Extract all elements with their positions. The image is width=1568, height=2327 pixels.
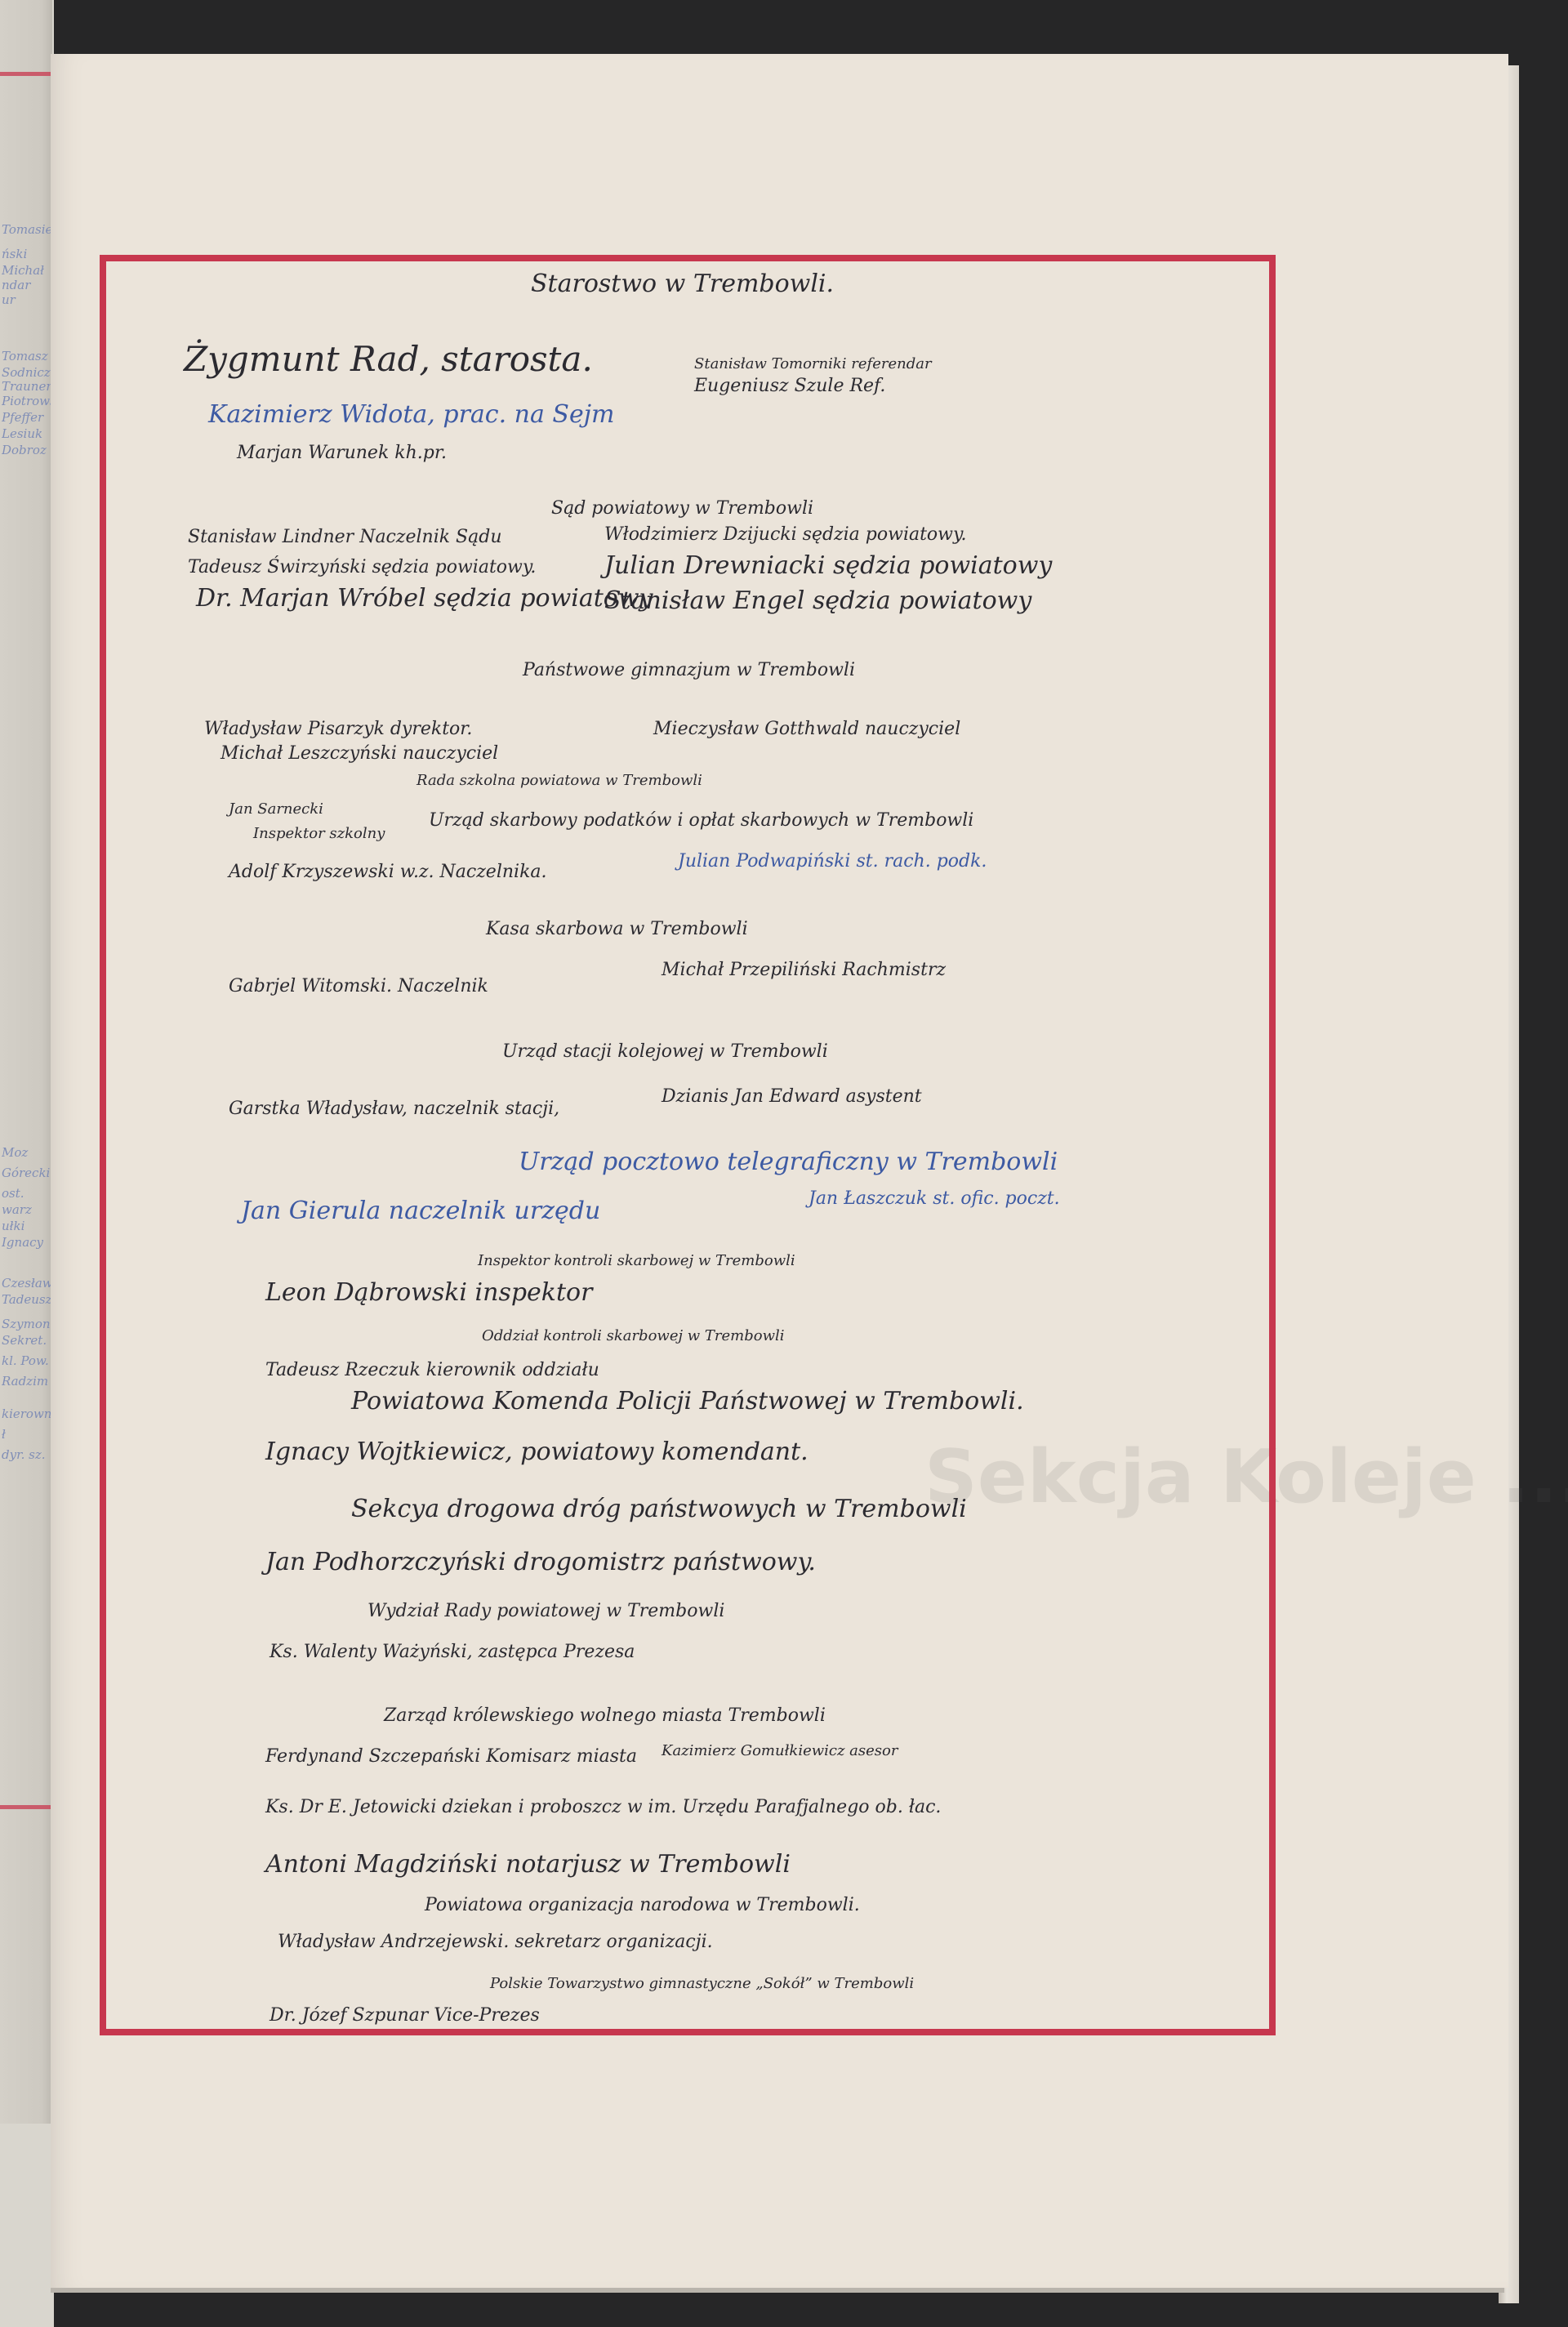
signature-entry: Leon Dąbrowski inspektor xyxy=(265,1278,592,1307)
ghost-text: ł xyxy=(2,1425,51,1443)
ghost-text: kierownik xyxy=(2,1405,51,1423)
ghost-text: dyr. sz. xyxy=(2,1446,51,1464)
signature-entry: Kazimierz Widota, prac. na Sejm xyxy=(208,400,614,429)
section-heading-wydzial: Wydział Rady powiatowej w Trembowli xyxy=(367,1601,724,1621)
section-heading-starostwo: Starostwo w Trembowli. xyxy=(531,270,834,298)
left-page-red-rule-bottom xyxy=(0,1805,52,1809)
ghost-text: Tomasz xyxy=(2,347,51,365)
ghost-text: kl. Pow. xyxy=(2,1352,51,1370)
ghost-text: ński xyxy=(2,245,51,263)
section-heading-stacja: Urząd stacji kolejowej w Trembowli xyxy=(502,1041,828,1062)
signature-entry: Marjan Warunek kh.pr. xyxy=(237,443,447,463)
signature-entry: Julian Drewniacki sędzia powiatowy xyxy=(604,551,1052,580)
ghost-text: Czesław xyxy=(2,1274,51,1292)
signature-entry: Antoni Magdziński notarjusz w Trembowli xyxy=(265,1850,791,1879)
ghost-text: Moz xyxy=(2,1143,51,1161)
section-heading-drogi: Sekcya drogowa dróg państwowych w Trembo… xyxy=(351,1495,967,1523)
signature-entry: Stanisław Engel sędzia powiatowy xyxy=(604,586,1031,615)
signature-entry: Włodzimierz Dzijucki sędzia powiatowy. xyxy=(604,524,967,545)
ghost-text: ur xyxy=(2,291,51,309)
section-heading-oddzial-kontroli: Oddział kontroli skarbowej w Trembowli xyxy=(482,1327,785,1344)
section-heading-poczta: Urząd pocztowo telegraficzny w Trembowli xyxy=(519,1148,1058,1176)
signature-entry: Ferdynand Szczepański Komisarz miasta xyxy=(265,1746,637,1767)
signature-entry: Stanisław Lindner Naczelnik Sądu xyxy=(188,527,502,547)
signature-entry: Inspektor szkolny xyxy=(253,825,385,842)
signature-entry: Ks. Dr E. Jetowicki dziekan i proboszcz … xyxy=(265,1797,941,1817)
signature-entry: Tadeusz Rzeczuk kierownik oddziału xyxy=(265,1360,599,1380)
ghost-text: Tadeusz xyxy=(2,1291,51,1308)
left-facing-page: Tomasiewicz ński Michał ndar ur Tomasz S… xyxy=(0,0,54,2327)
signature-entry: Władysław Pisarzyk dyrektor. xyxy=(204,719,472,739)
signature-entry: Jan Łaszczuk st. ofic. poczt. xyxy=(808,1188,1060,1209)
signature-entry: Tadeusz Świrzyński sędzia powiatowy. xyxy=(188,557,536,577)
ghost-text: Tomasiewicz xyxy=(2,221,51,238)
section-heading-gimnazjum: Państwowe gimnazjum w Trembowli xyxy=(523,660,855,680)
ghost-text: Sekret. xyxy=(2,1331,51,1349)
document-body: Starostwo w Trembowli. Żygmunt Rad, star… xyxy=(106,261,1269,2029)
left-page-red-rule-top xyxy=(0,72,52,76)
signature-entry: Jan Podhorzczyński drogomistrz państwowy… xyxy=(265,1548,816,1576)
signature-entry: Ignacy Wojtkiewicz, powiatowy komendant. xyxy=(265,1438,808,1466)
signature-entry: Jan Sarnecki xyxy=(229,800,323,818)
ghost-text: Radzim xyxy=(2,1372,51,1390)
ghost-text: Piotrows xyxy=(2,392,51,410)
signature-entry: Garstka Władysław, naczelnik stacji, xyxy=(229,1099,559,1119)
ghost-text: Szymon xyxy=(2,1315,51,1333)
signature-entry: Gabrjel Witomski. Naczelnik xyxy=(229,976,488,996)
section-heading-inspektor-kontroli: Inspektor kontroli skarbowej w Trembowli xyxy=(478,1252,795,1269)
section-heading-rada: Rada szkolna powiatowa w Trembowli xyxy=(416,772,702,789)
signature-entry: Żygmunt Rad, starosta. xyxy=(184,339,593,379)
signature-entry: Julian Podwapiński st. rach. podk. xyxy=(678,851,987,872)
section-heading-urzad-skarbowy: Urząd skarbowy podatków i opłat skarbowy… xyxy=(429,810,973,831)
signature-entry: Dr. Marjan Wróbel sędzia powiatowy xyxy=(196,584,653,613)
signature-entry: Eugeniusz Szule Ref. xyxy=(694,376,885,396)
ghost-text: Pfeffer xyxy=(2,408,51,426)
ghost-text: ułki xyxy=(2,1217,51,1235)
signature-entry: Władysław Andrzejewski. sekretarz organi… xyxy=(278,1932,713,1952)
ghost-text: warz xyxy=(2,1201,51,1219)
section-heading-organizacja: Powiatowa organizacja narodowa w Trembow… xyxy=(425,1895,860,1915)
signature-entry: Ks. Walenty Ważyński, zastępca Prezesa xyxy=(269,1642,635,1662)
signature-entry: Michał Leszczyński nauczyciel xyxy=(220,743,498,764)
section-heading-kasa: Kasa skarbowa w Trembowli xyxy=(486,919,748,939)
section-heading-sokol: Polskie Towarzystwo gimnastyczne „Sokół”… xyxy=(490,1975,914,1992)
red-ruled-frame: Starostwo w Trembowli. Żygmunt Rad, star… xyxy=(100,255,1276,2035)
signature-entry: Kazimierz Gomułkiewicz asesor xyxy=(661,1742,898,1759)
signature-entry: Mieczysław Gotthwald nauczyciel xyxy=(653,719,960,739)
ghost-text: Ignacy xyxy=(2,1233,51,1251)
signature-entry: Dr. Józef Szpunar Vice-Prezes xyxy=(269,2005,540,2026)
ghost-text: Górecki xyxy=(2,1164,51,1182)
ghost-text: Dobroz xyxy=(2,441,51,459)
signature-entry: Michał Przepiliński Rachmistrz xyxy=(661,960,946,980)
signature-entry: Adolf Krzyszewski w.z. Naczelnika. xyxy=(229,862,547,882)
ghost-text: Lesiuk xyxy=(2,425,51,443)
signature-entry: Stanisław Tomorniki referendar xyxy=(694,355,932,372)
ghost-text: ost. xyxy=(2,1184,51,1202)
section-heading-policja: Powiatowa Komenda Policji Państwowej w T… xyxy=(351,1387,1024,1415)
section-heading-sad: Sąd powiatowy w Trembowli xyxy=(551,498,813,519)
signature-entry: Dzianis Jan Edward asystent xyxy=(661,1086,922,1107)
section-heading-zarzad-miasta: Zarząd królewskiego wolnego miasta Tremb… xyxy=(384,1705,826,1726)
signature-entry: Jan Gierula naczelnik urzędu xyxy=(241,1197,600,1225)
